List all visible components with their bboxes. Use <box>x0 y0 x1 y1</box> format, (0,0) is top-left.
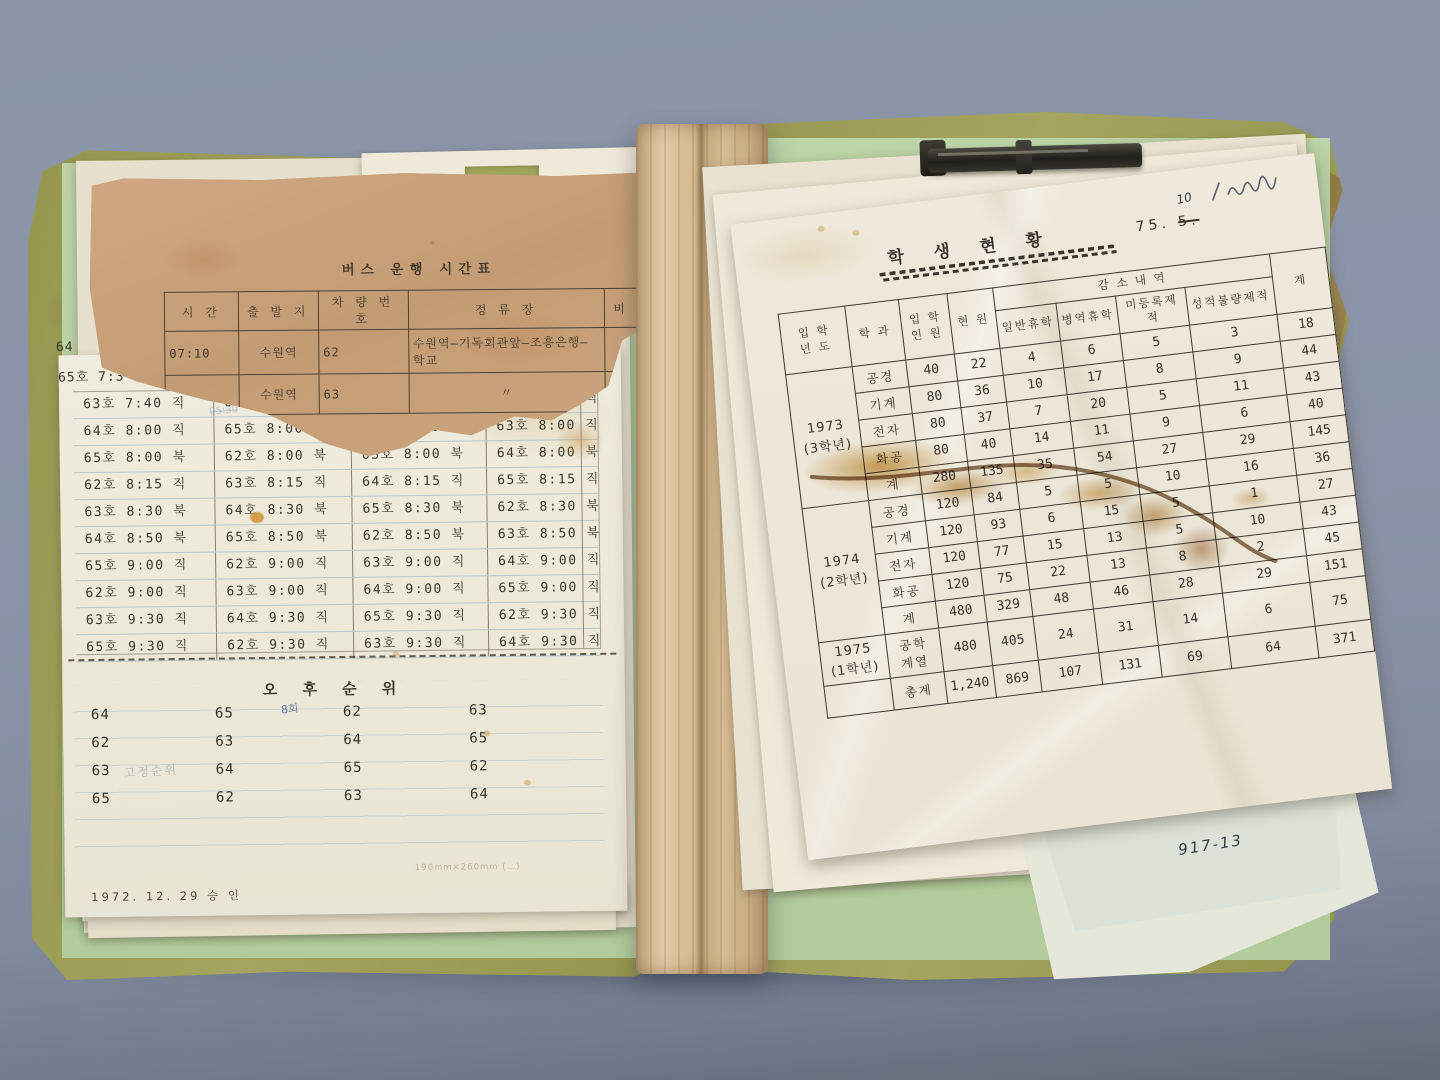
schedule-cell: 63호 9:00 직 <box>352 549 487 577</box>
cell: 75 <box>1309 575 1370 626</box>
print-spec: 190mm×260mm (…) <box>415 862 521 873</box>
schedule-cell: 64호 9:00 직 <box>352 576 487 604</box>
student-status-sheet: 학 생 현 황 75. 5. 10 입 학 년 도 학 과 입 학 인 원 현 … <box>730 153 1392 860</box>
bus-row: 07:10 수원역 62 수원역—기독회관앞—조흥은행—학교 <box>165 327 662 375</box>
col-time: 시 간 <box>164 292 238 332</box>
afternoon-cell: 63 <box>215 732 343 762</box>
pen-note: 8회 <box>280 700 299 718</box>
schedule-cell: 64호 9:30 직 <box>216 605 353 633</box>
afternoon-cell: 65 <box>344 758 470 788</box>
year-blank <box>824 678 894 718</box>
schedule-cell: 63호 8:15 직 <box>214 470 351 498</box>
schedule-cell: 63호 8:30 북 <box>74 499 214 527</box>
afternoon-cell: 65 <box>92 790 216 820</box>
date-month-struck: 5. <box>1177 212 1200 230</box>
schedule-cell: 62호 8:15 직 <box>74 472 214 500</box>
afternoon-cell: 62 <box>470 757 592 786</box>
bus-stops: 〃 <box>409 372 605 414</box>
schedule-cell: 65호 9:30 직 <box>353 603 488 631</box>
spine-groove <box>696 124 706 974</box>
schedule-cell: 65호 9:00 직 <box>75 553 215 581</box>
col-stops: 정 류 장 <box>408 289 604 330</box>
schedule-cell: 65호 8:00 북 <box>74 445 214 473</box>
photo-of-open-folder: { "left_page": { "bus_table": { "title":… <box>0 0 1440 1080</box>
afternoon-row: 65 62 63 64 <box>92 785 592 819</box>
clip-clasp <box>1015 140 1032 175</box>
col-origin: 출 발 지 <box>238 291 318 331</box>
col-entry-year: 입 학 년 도 <box>778 306 851 374</box>
cell: 31 <box>1093 601 1158 652</box>
col-total: 계 <box>1269 247 1332 314</box>
cell: 371 <box>1315 619 1375 658</box>
student-status-table: 입 학 년 도 학 과 입 학 인 원 현 원 감 소 내 역 계 일반휴학 병… <box>778 247 1376 719</box>
foxing-dot <box>817 225 825 232</box>
date-correction: 10 <box>1175 190 1193 207</box>
bus-origin: 수원역 <box>238 330 318 375</box>
date-year: 75. <box>1135 215 1171 235</box>
col-bus-no: 차 량 번 호 <box>318 290 408 330</box>
schedule-cell: 64호 8:15 직 <box>351 468 486 496</box>
cell: 1,240 <box>944 665 996 703</box>
schedule-cell: 65호 8:30 북 <box>351 495 486 523</box>
schedule-cell: 64호 8:00 직 <box>73 418 213 446</box>
cell: 24 <box>1033 609 1098 660</box>
bus-stops: 수원역—기독회관앞—조흥은행—학교 <box>408 328 604 374</box>
afternoon-cell: 62 <box>343 702 469 732</box>
afternoon-cell: 65 <box>215 704 343 734</box>
edge-fragment: 64 <box>56 340 74 355</box>
col-dept: 학 과 <box>844 300 905 367</box>
pencil-note: 고정순위 <box>123 761 178 781</box>
bus-number: 63 <box>319 373 409 414</box>
cell: 480 <box>938 622 992 672</box>
afternoon-cell: 64 <box>470 785 592 814</box>
afternoon-cell: 64 <box>216 760 344 790</box>
student-status-title: 학 생 현 황 <box>886 224 1055 269</box>
bus-timetable-table: 시 간 출 발 지 차 량 번 호 정 류 장 비 고 07:10 수원역 62… <box>164 288 663 416</box>
schedule-cell: 62호 9:00 직 <box>215 551 352 579</box>
afternoon-order-grid: 64 65 62 63 62 63 64 65 63 64 65 62 65 <box>91 701 592 819</box>
afternoon-cell: 62 <box>216 788 344 818</box>
bus-timetable-title: 버스 운행 시간표 <box>342 257 497 278</box>
afternoon-cell: 64 <box>91 706 215 736</box>
foxing-dot <box>852 229 860 236</box>
afternoon-cell: 62 <box>91 734 215 764</box>
approval-date: 1972. 12. 29 승 인 <box>91 887 242 905</box>
schedule-cell: 62호 8:50 북 <box>352 522 487 550</box>
bus-header-row: 시 간 출 발 지 차 량 번 호 정 류 장 비 고 <box>164 288 661 331</box>
schedule-cell: 63호 9:00 직 <box>215 578 352 606</box>
cell: 131 <box>1098 645 1162 684</box>
pen-scribble-icon <box>1207 170 1299 207</box>
afternoon-cell: 63 <box>469 701 591 730</box>
bus-time: 07:10 <box>165 331 239 376</box>
schedule-cell: 64호 8:30 북 <box>214 497 351 525</box>
afternoon-cell: 64 <box>343 730 469 760</box>
cell: 405 <box>987 616 1039 665</box>
bus-number: 62 <box>319 329 409 374</box>
cell: 107 <box>1039 652 1103 691</box>
col-admitted: 입 학 인 원 <box>898 294 954 360</box>
schedule-cell: 63호 9:30 직 <box>76 607 216 635</box>
schedule-cell: 65호 8:50 북 <box>215 524 352 552</box>
afternoon-cell: 63 <box>344 786 470 816</box>
schedule-cell: 64호 8:50 북 <box>75 526 215 554</box>
bus-origin: 수원역 <box>239 374 319 415</box>
schedule-cell: 62호 9:00 직 <box>75 580 215 608</box>
afternoon-order-title: 오 후 순 위 <box>263 677 407 700</box>
col-current: 현 원 <box>947 288 1001 354</box>
schedule-cell: 62호 8:00 북 <box>214 443 351 471</box>
dept-cell: 공학 계열 <box>884 628 943 678</box>
total-label: 총계 <box>890 671 948 709</box>
afternoon-cell: 65 <box>469 729 591 758</box>
cell: 869 <box>992 660 1042 697</box>
report-date: 75. 5. <box>1135 212 1201 236</box>
